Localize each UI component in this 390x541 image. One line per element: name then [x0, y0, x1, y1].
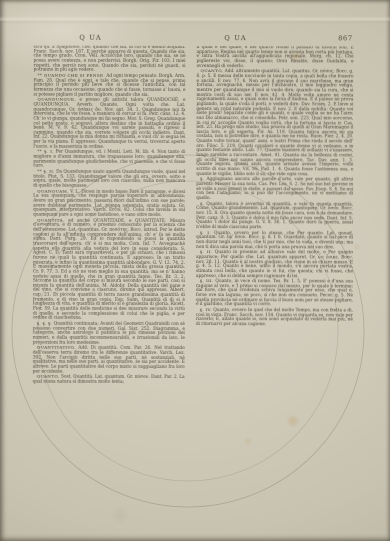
entry-headword: §. §. §.	[37, 321, 52, 326]
dictionary-paragraph: stra qu. a Spagnuolo, che, quando che si…	[34, 46, 186, 74]
entry-headword: ** Quando che si pense.	[38, 73, 105, 78]
dictionary-paragraph: §. III. Quanto, in vece di nome. Tes. Br…	[196, 279, 353, 308]
entry-headword: §.	[200, 201, 204, 206]
page-number: 867	[319, 34, 353, 42]
dictionary-paragraph: li quali e nel quale, e nel quarto Nome …	[197, 46, 354, 70]
entry-headword: Quanto,	[37, 374, 60, 379]
entry-headword: §. III.	[200, 278, 214, 283]
dictionary-paragraph: ** Quando che si pense. Ad ogni tempo pe…	[33, 74, 185, 99]
dictionary-paragraph: Quandunque, e presso gli antichi talora …	[33, 98, 185, 151]
entry-headword: §.	[200, 176, 204, 181]
page-content: Q UA Q UA 867 stra qu. a Spagnuolo, che,…	[0, 0, 390, 541]
dictionary-paragraph: §. Aggiugnano ancora alle parole d'arte,…	[196, 177, 353, 202]
dictionary-paragraph: Quantitativo, Add. Di quantità. Com. Par…	[33, 346, 185, 375]
dictionary-paragraph: §. IV. Quanto, ovvero In quel che del mo…	[196, 308, 353, 328]
running-title-left: Q UA	[63, 34, 119, 42]
entry-headword: §. IV.	[200, 307, 212, 312]
dictionary-paragraph: Quantità, ed anche QUANTITADE, e QUANTIT…	[33, 218, 185, 322]
dictionary-paragraph: Quanquam, V. L. Dicesi in modo basso Far…	[33, 189, 185, 218]
entry-headword: §. I.	[200, 230, 211, 235]
entry-headword: Quandunque,	[37, 97, 75, 102]
dictionary-paragraph: ** §. II. Da Quandunque usato ancora Qua…	[33, 170, 185, 190]
dictionary-paragraph: ** §. I. Per Quandunque, vd. i Monti. Le…	[33, 150, 185, 170]
entry-headword: ** §. I.	[37, 149, 54, 154]
dictionary-paragraph: §. Quanto, talora è avverbio di quantità…	[196, 202, 353, 231]
entry-headword: Quanto,	[201, 68, 224, 73]
running-title-right: Q UA	[208, 34, 264, 42]
dictionary-paragraph: §. I. Quanto, ovvero per lo stesso, che …	[196, 231, 353, 251]
entry-headword: §. II.	[200, 249, 212, 254]
dictionary-paragraph: Quanto, Add. altramente quantità. Lat. q…	[196, 69, 353, 178]
dictionary-paragraph: Quanto, Sost. Quantità. Lat. quantum. Gr…	[33, 375, 185, 386]
right-text-column: li quali e nel quale, e nel quarto Nome …	[196, 46, 354, 426]
entry-headword: Quantità,	[37, 217, 64, 222]
entry-headword: Quanquam,	[37, 188, 69, 193]
dictionary-paragraph: §. §. §. Quantità continuata; Avanti dei…	[33, 322, 185, 347]
scanned-book-page: Q UA Q UA 867 stra qu. a Spagnuolo, che,…	[0, 0, 390, 541]
left-text-column: stra qu. a Spagnuolo, che, quando che si…	[33, 46, 186, 420]
entry-headword: ** §. II.	[37, 169, 55, 174]
entry-headword: Quantitativo,	[37, 345, 76, 350]
dictionary-paragraph: §. II. Quanto in proemio ad allusivo val…	[196, 250, 353, 279]
